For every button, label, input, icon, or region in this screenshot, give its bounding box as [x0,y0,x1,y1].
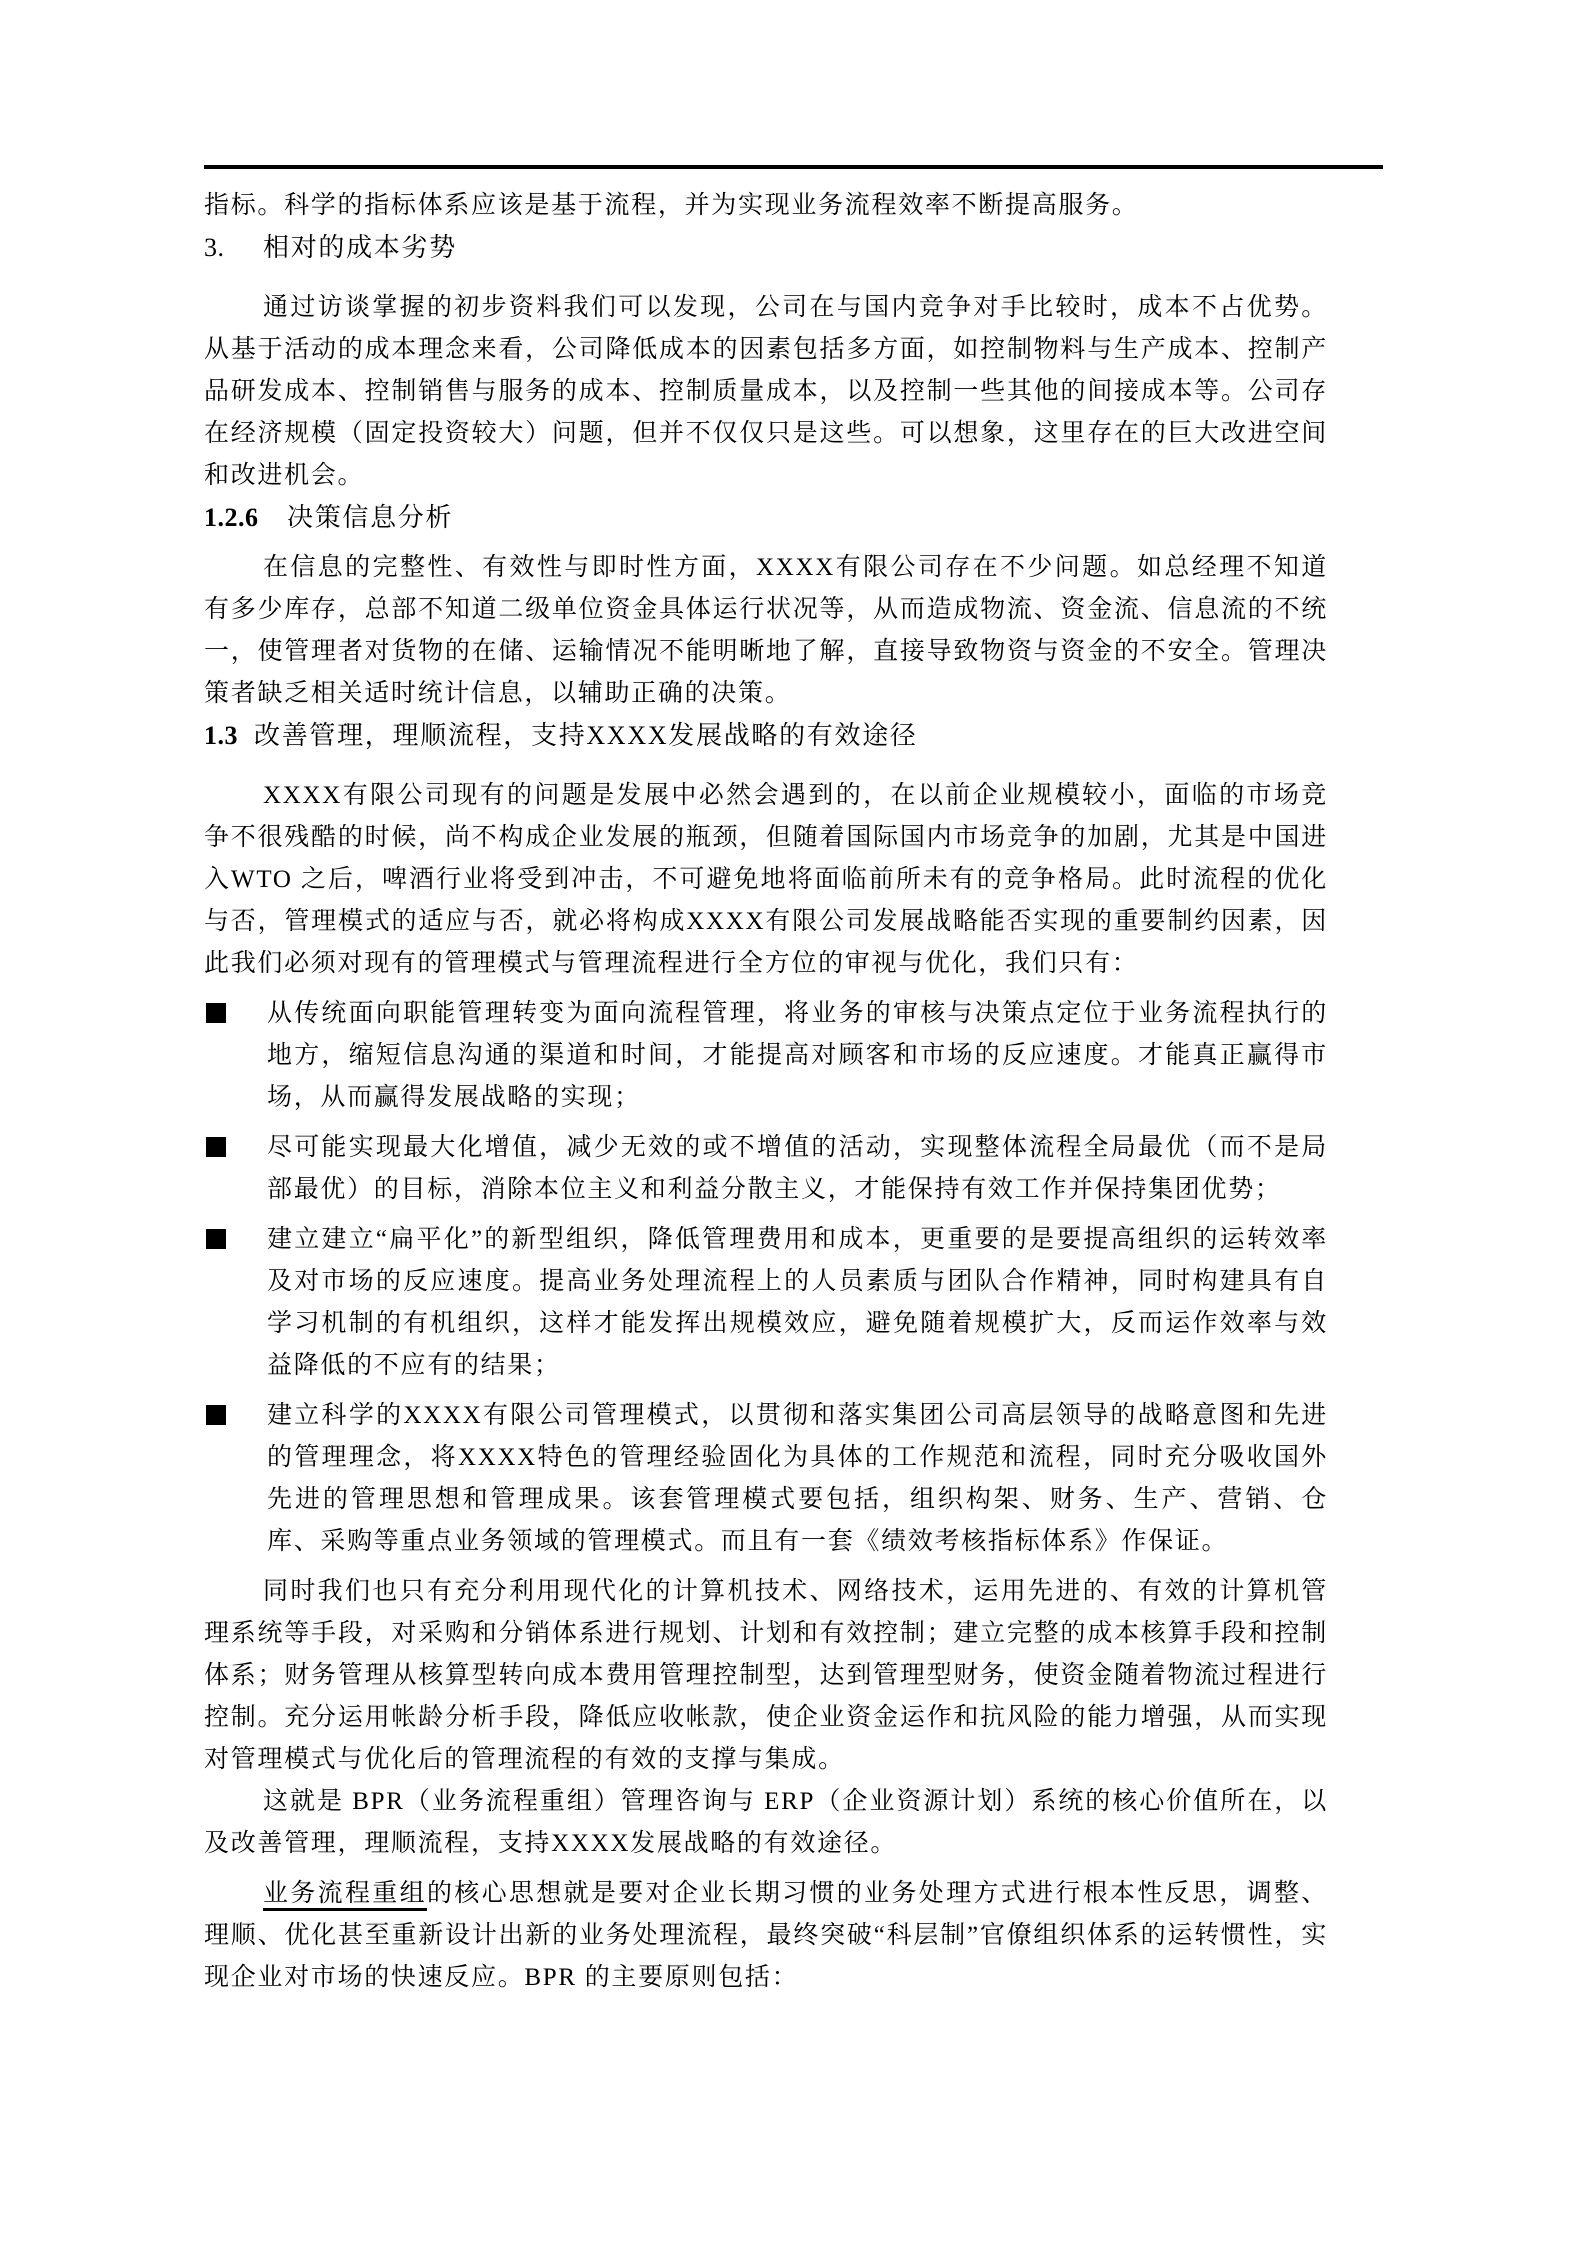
list-item-text: 建立科学的XXXX有限公司管理模式，以贯彻和落实集团公司高层领导的战略意图和先进… [267,1402,1328,1555]
bpr-core-paragraph: 业务流程重组的核心思想就是要对企业长期习惯的业务处理方式进行根本性反思，调整、理… [204,1873,1328,1999]
it-systems-paragraph: 同时我们也只有充分利用现代化的计算机技术、网络技术，运用先进的、有效的计算机管理… [204,1571,1328,1781]
square-bullet-icon [206,1137,226,1157]
section-heading-cost-disadvantage: 3.相对的成本劣势 [204,227,1328,269]
header-rule [204,165,1383,169]
intro-paragraph: 指标。科学的指标体系应该是基于流程，并为实现业务流程效率不断提高服务。 [204,185,1328,227]
list-item-text: 尽可能实现最大化增值，减少无效的或不增值的活动，实现整体流程全局最优（而不是局部… [267,1134,1328,1203]
list-item-text: 建立建立“扁平化”的新型组织，降低管理费用和成本，更重要的是要提高组织的运转效率… [267,1226,1328,1379]
square-bullet-icon [206,1229,226,1249]
heading-number: 1.2.6 [204,497,287,539]
document-page: 指标。科学的指标体系应该是基于流程，并为实现业务流程效率不断提高服务。 3.相对… [0,0,1587,2245]
principles-bullet-list: 从传统面向职能管理转变为面向流程管理，将业务的审核与决策点定位于业务流程执行的地… [204,993,1328,1563]
square-bullet-icon [206,1003,226,1023]
list-item-text: 从传统面向职能管理转变为面向流程管理，将业务的审核与决策点定位于业务流程执行的地… [267,1000,1328,1111]
document-content: 指标。科学的指标体系应该是基于流程，并为实现业务流程效率不断提高服务。 3.相对… [204,165,1328,1999]
strategy-lead-paragraph: XXXX有限公司现有的问题是发展中必然会遇到的，在以前企业规模较小，面临的市场竞… [204,775,1328,985]
list-item: 从传统面向职能管理转变为面向流程管理，将业务的审核与决策点定位于业务流程执行的地… [204,993,1328,1119]
heading-number: 1.3 [204,715,254,757]
square-bullet-icon [206,1405,226,1425]
underlined-term: 业务流程重组 [263,1880,427,1911]
heading-title: 决策信息分析 [287,503,453,532]
list-item: 尽可能实现最大化增值，减少无效的或不增值的活动，实现整体流程全局最优（而不是局部… [204,1127,1328,1211]
heading-number: 3. [204,227,263,269]
list-item: 建立科学的XXXX有限公司管理模式，以贯彻和落实集团公司高层领导的战略意图和先进… [204,1395,1328,1563]
heading-title: 改善管理，理顺流程，支持XXXX发展战略的有效途径 [254,721,918,750]
decision-info-paragraph: 在信息的完整性、有效性与即时性方面，XXXX有限公司存在不少问题。如总经理不知道… [204,547,1328,715]
section-heading-1-3: 1.3改善管理，理顺流程，支持XXXX发展战略的有效途径 [204,715,1328,757]
list-item: 建立建立“扁平化”的新型组织，降低管理费用和成本，更重要的是要提高组织的运转效率… [204,1219,1328,1387]
cost-paragraph: 通过访谈掌握的初步资料我们可以发现，公司在与国内竞争对手比较时，成本不占优势。从… [204,287,1328,497]
bpr-erp-value-paragraph: 这就是 BPR（业务流程重组）管理咨询与 ERP（企业资源计划）系统的核心价值所… [204,1781,1328,1865]
section-heading-1-2-6: 1.2.6决策信息分析 [204,497,1328,539]
heading-title: 相对的成本劣势 [263,233,457,262]
